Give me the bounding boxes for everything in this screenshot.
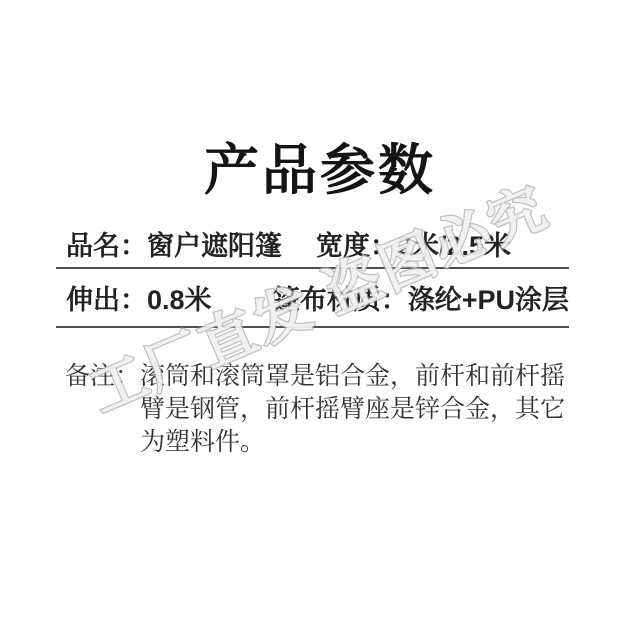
table-row: 伸出：0.8米 篷布材质：涤纶+PU涂层 bbox=[56, 269, 569, 328]
note-text: 滚筒和滚筒罩是铝合金，前杆和前杆摇臂是钢管，前杆摇臂座是锌合金，其它为塑料件。 bbox=[140, 360, 577, 459]
product-spec-sheet: 产品参数 品名：窗户遮阳篷 宽度：2米/2.5米 伸出：0.8米 篷布材质：涤纶… bbox=[0, 0, 640, 640]
table-row: 品名：窗户遮阳篷 宽度：2米/2.5米 bbox=[56, 220, 569, 269]
spec-width: 宽度：2米/2.5米 bbox=[316, 224, 569, 263]
spec-product-name: 品名：窗户遮阳篷 bbox=[56, 224, 316, 263]
spec-extension: 伸出：0.8米 bbox=[56, 278, 273, 317]
spec-table: 品名：窗户遮阳篷 宽度：2米/2.5米 伸出：0.8米 篷布材质：涤纶+PU涂层 bbox=[56, 220, 569, 328]
spec-fabric-material: 篷布材质：涤纶+PU涂层 bbox=[273, 278, 569, 317]
page-title: 产品参数 bbox=[0, 126, 640, 205]
note-block: 备注： 滚筒和滚筒罩是铝合金，前杆和前杆摇臂是钢管，前杆摇臂座是锌合金，其它为塑… bbox=[65, 360, 577, 459]
note-label: 备注： bbox=[65, 360, 140, 459]
